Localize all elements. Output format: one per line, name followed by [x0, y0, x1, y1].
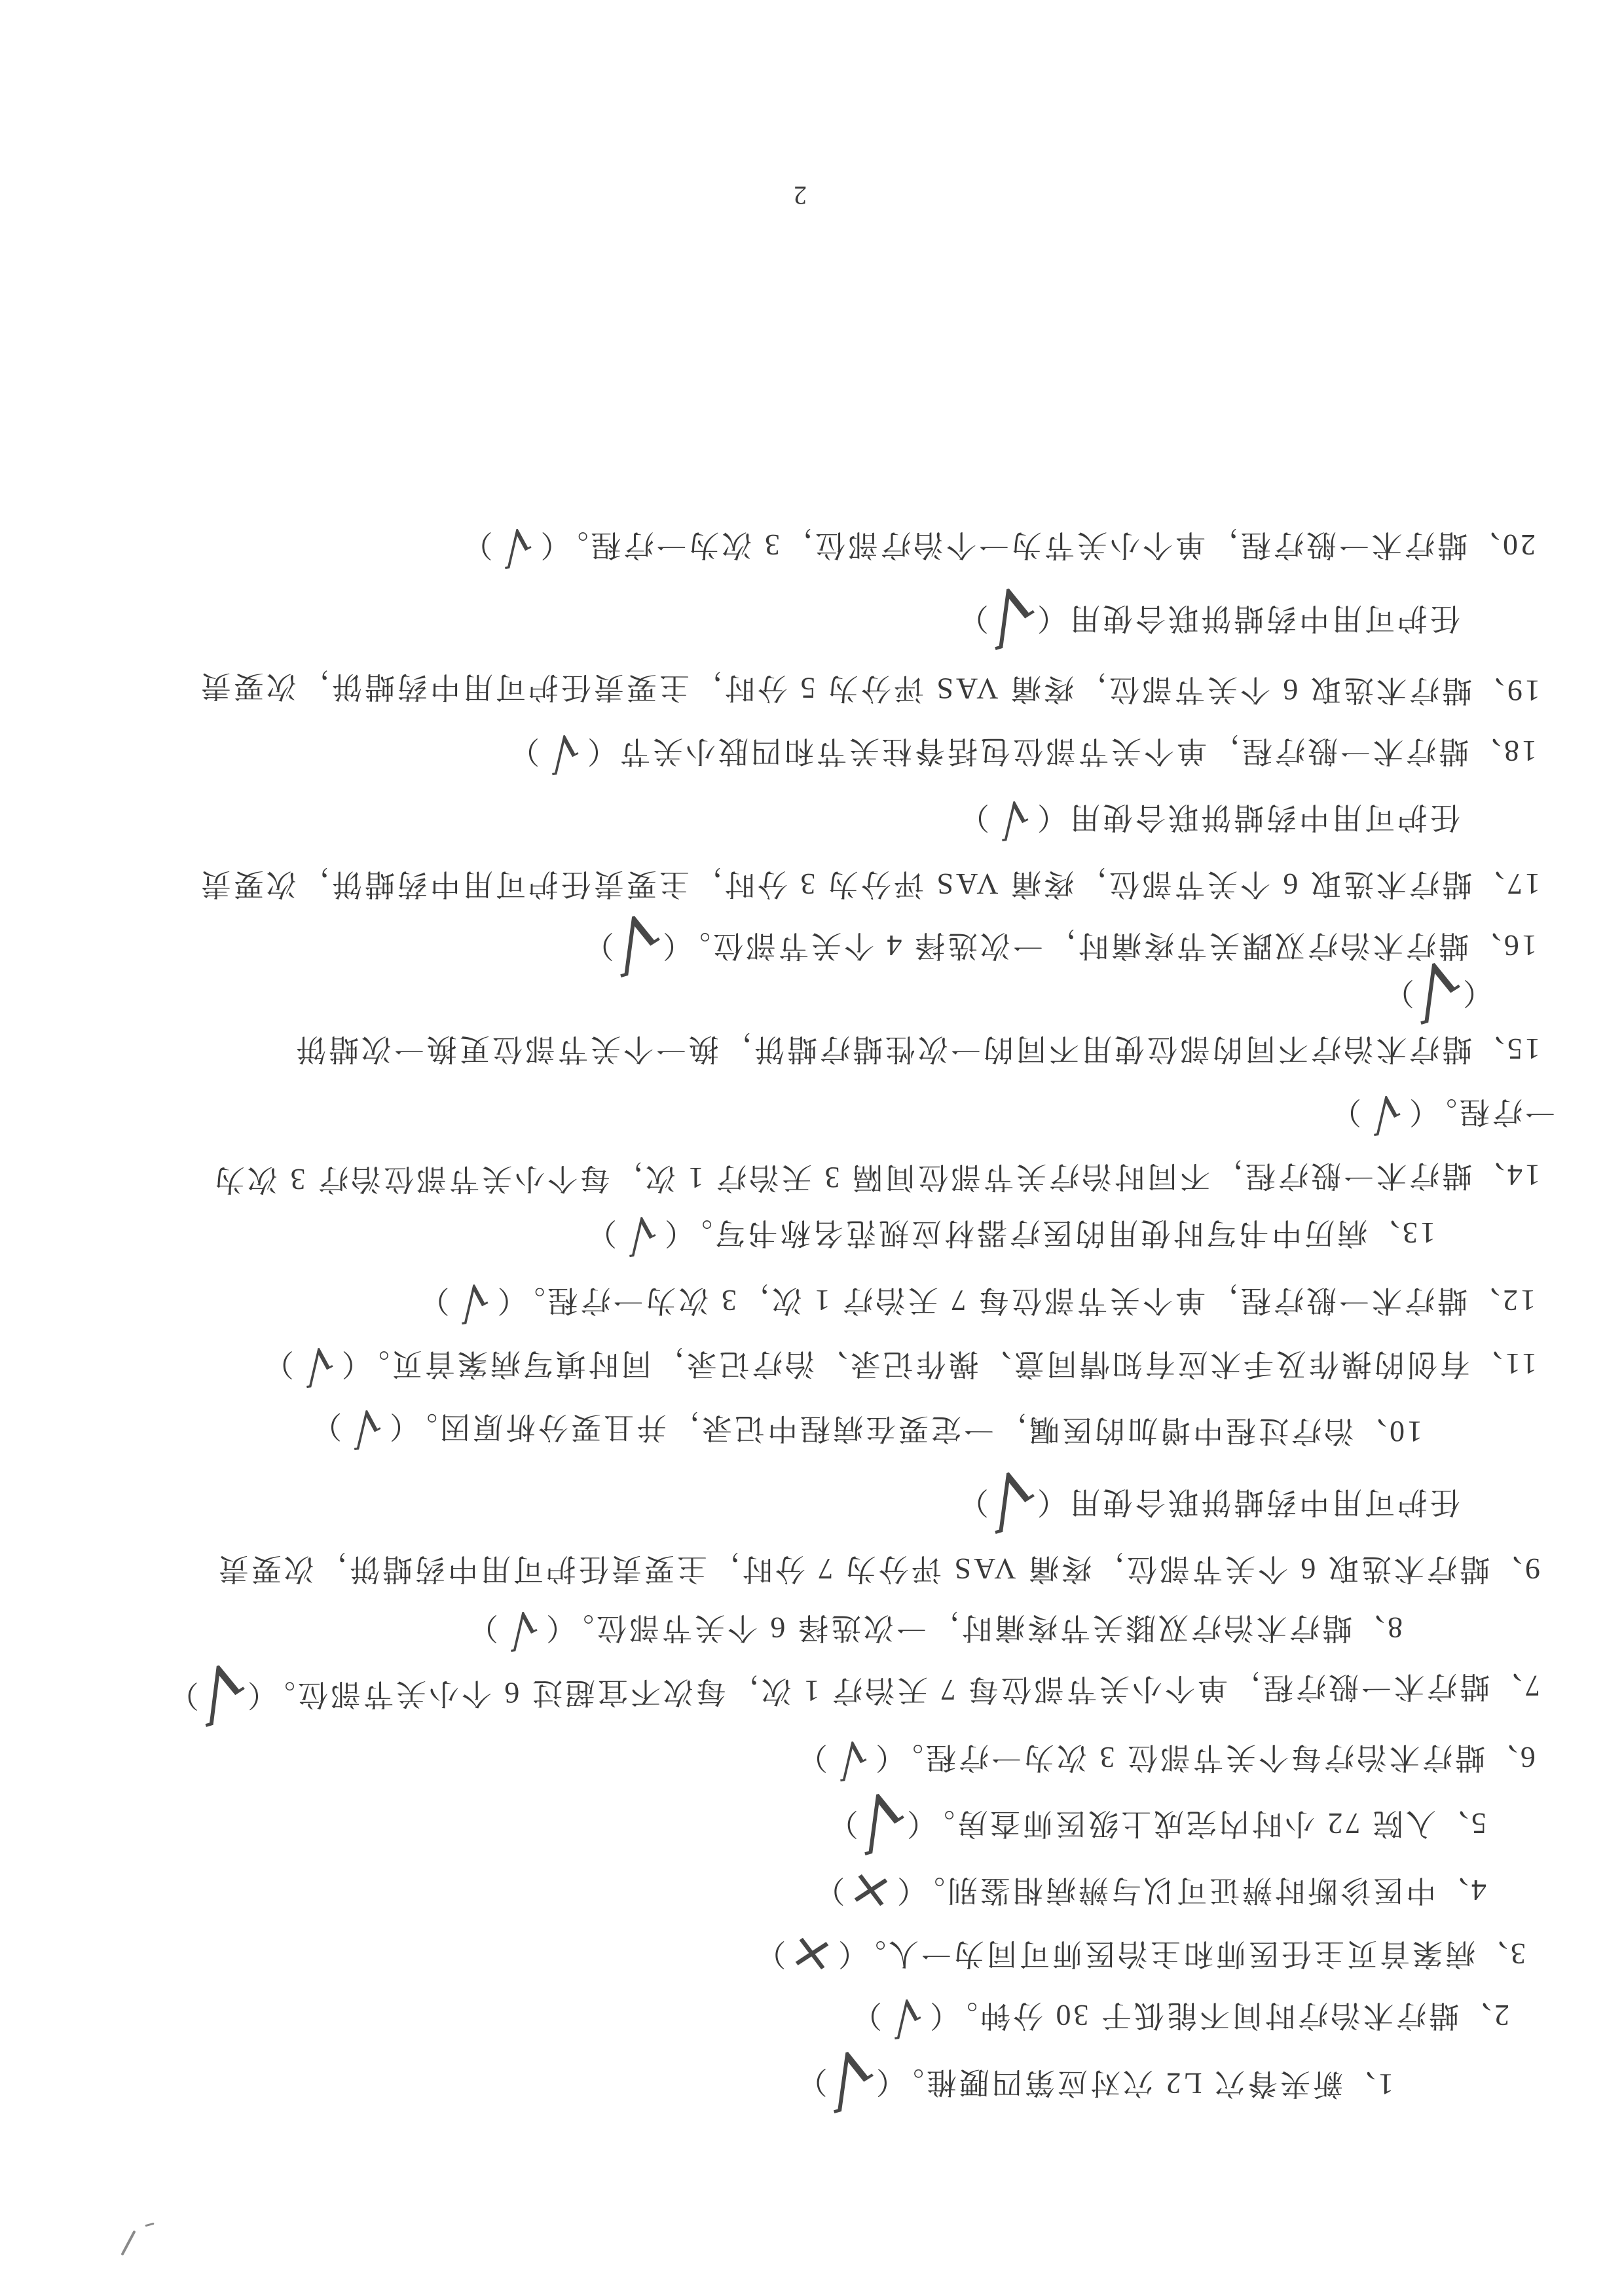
- answer-mark-check: √: [831, 1734, 870, 1783]
- item-13: 13、病历中书写时使用的医疗器材应规范名称书写。（√）: [584, 1214, 1435, 1255]
- line-text: ）: [584, 1216, 617, 1250]
- item-16: 16、蜡疗术治疗双踝关节疼痛时，一次选择 4 个关节部位。（√）: [581, 926, 1537, 968]
- item-10: 10、治疗过程中增加的医嘱，一定要在病程中记录，并且要分析原因。（√）: [309, 1407, 1422, 1454]
- line-text: 18、蜡疗术一般疗程，单个关节部位包括脊柱关节和四肢小关节（: [585, 735, 1537, 768]
- item-15-continuation: （√）: [1382, 974, 1493, 1015]
- item-6: 6、蜡疗术治疗每个关节部位 3 次为一疗程。（√）: [795, 1738, 1536, 1779]
- line-text: 一疗程。（: [1407, 1095, 1555, 1129]
- answer-mark-check: √: [812, 2038, 883, 2115]
- answer-mark-check: √: [973, 1459, 1044, 1536]
- line-text: ）: [1329, 1095, 1361, 1129]
- line-text: 14、蜡疗术一般疗程，不同时治疗关节部位间隔 3 天治疗 1 次，每个小关节部位…: [212, 1158, 1540, 1196]
- line-text: ）: [753, 1937, 786, 1971]
- line-text: ）: [849, 1999, 882, 2032]
- answer-mark-check: √: [885, 1992, 925, 2041]
- item-18: 18、蜡疗术一般疗程，单个关节部位包括脊柱关节和四肢小关节（√）: [507, 732, 1537, 773]
- answer-mark-check: √: [453, 1277, 492, 1326]
- line-text: 19、蜡疗术选取 6 个关节部位，疼痛 VAS 评分为 5 分时，主要责任护可用…: [198, 669, 1540, 707]
- item-4: 4、中医诊断时辨证可以与辨病相鉴别。（×）: [812, 1871, 1486, 1910]
- line-text: 2、蜡疗术治疗时间不能低于 30 分钟。（: [927, 1999, 1509, 2032]
- item-9: 9、蜡疗术选取 6 个关节部位，疼痛 VAS 评分为 7 分时，主要责任护可用中…: [216, 1550, 1540, 1588]
- line-text: 17、蜡疗术选取 6 个关节部位，疼痛 VAS 评分为 3 分时，主要责任护可用…: [198, 867, 1540, 901]
- answer-mark-check: √: [599, 902, 669, 979]
- item-19: 19、蜡疗术选取 6 个关节部位，疼痛 VAS 评分为 5 分时，主要责任护可用…: [198, 666, 1540, 709]
- line-text: ）: [417, 1284, 450, 1317]
- answer-mark-check: √: [543, 727, 582, 777]
- item-9-continuation: 任护可用中药蜡饼联合使用（√）: [956, 1483, 1460, 1524]
- line-text: 任护可用中药蜡饼联合使用（: [1035, 1485, 1460, 1519]
- answer-mark-check: √: [1365, 1088, 1404, 1138]
- line-text: 4、中医诊断时辨证可以与辨病相鉴别。（: [895, 1874, 1486, 1907]
- line-text: 15、蜡疗术治疗不同的部位使用不同的一次性蜡疗蜡饼，换一个关节部位更换一次蜡饼: [293, 1032, 1540, 1066]
- line-text: 20、蜡疗术一般疗程，单个小关节为一个治疗部位，3 次为一疗程。（: [538, 528, 1536, 562]
- answer-mark-check: √: [297, 1340, 337, 1390]
- line-text: 6、蜡疗术治疗每个关节部位 3 次为一疗程。（: [873, 1741, 1536, 1774]
- answer-mark-cross: ×: [781, 1923, 838, 1986]
- line-text: 16、蜡疗术治疗双踝关节疼痛时，一次选择 4 个关节部位。（: [660, 929, 1537, 962]
- line-text: 任护可用中药蜡饼联合使用（: [1035, 801, 1460, 834]
- line-text: ）: [957, 801, 989, 834]
- scanned-document-page: 2 1、新夹脊穴 L2 穴对应第四腰椎。（√）2、蜡疗术治疗时间不能低于 30 …: [0, 0, 1624, 2296]
- line-text: 11、有创的操作及手术应有知情同意、操作记录、治疗记录，同时填写病案首页。（: [339, 1347, 1537, 1381]
- line-text: 1、新夹脊穴 L2 穴对应第四腰椎。（: [874, 2065, 1393, 2101]
- line-text: ）: [812, 1874, 845, 1907]
- answer-mark-check: √: [496, 521, 536, 571]
- line-text: 13、病历中书写时使用的医疗器材应规范名称书写。（: [662, 1216, 1435, 1250]
- answer-mark-cross: ×: [840, 1859, 897, 1922]
- item-3: 3、病案首页主任医师和主治医师可同为一人。（×）: [753, 1935, 1526, 1974]
- item-14-continuation: 一疗程。（√）: [1329, 1093, 1555, 1134]
- page-number: 2: [794, 180, 807, 211]
- line-text: 12、蜡疗术一般疗程，单个关节部位每 7 天治疗 1 次，3 次为一疗程。（: [495, 1284, 1536, 1317]
- answer-mark-check: √: [183, 1651, 255, 1728]
- line-text: 5、入院 72 小时内完成上级医师查房。（: [904, 1807, 1486, 1840]
- item-17: 17、蜡疗术选取 6 个关节部位，疼痛 VAS 评分为 3 分时，主要责任护可用…: [198, 865, 1540, 903]
- answer-mark-check: √: [620, 1209, 659, 1259]
- line-text: ）: [466, 1611, 498, 1645]
- item-19-continuation: 任护可用中药蜡饼联合使用（√）: [956, 599, 1460, 640]
- item-2: 2、蜡疗术治疗时间不能低于 30 分钟。（√）: [849, 1996, 1509, 2037]
- item-1: 1、新夹脊穴 L2 穴对应第四腰椎。（√）: [794, 2062, 1393, 2107]
- item-20: 20、蜡疗术一般疗程，单个小关节为一个治疗部位，3 次为一疗程。（√）: [460, 526, 1536, 567]
- answer-mark-check: √: [973, 575, 1044, 652]
- line-text: 10、治疗过程中增加的医嘱，一定要在病程中记录，并且要分析原因。（: [387, 1410, 1422, 1448]
- line-text: ）: [795, 1741, 828, 1774]
- item-12: 12、蜡疗术一般疗程，单个关节部位每 7 天治疗 1 次，3 次为一疗程。（√）: [417, 1281, 1536, 1322]
- answer-mark-check: √: [843, 1780, 913, 1857]
- line-text: ）: [507, 735, 540, 768]
- item-11: 11、有创的操作及手术应有知情同意、操作记录、治疗记录，同时填写病案首页。（√）: [261, 1345, 1537, 1386]
- item-15: 15、蜡疗术治疗不同的部位使用不同的一次性蜡疗蜡饼，换一个关节部位更换一次蜡饼: [293, 1030, 1540, 1068]
- line-text: 8、蜡疗术治疗双膝关节疼痛时，一次选择 6 个关节部位。（: [544, 1611, 1403, 1645]
- answer-mark-check: √: [502, 1604, 541, 1654]
- item-14: 14、蜡疗术一般疗程，不同时治疗关节部位间隔 3 天治疗 1 次，每个小关节部位…: [212, 1156, 1540, 1198]
- page-content-rotated-180: 2 1、新夹脊穴 L2 穴对应第四腰椎。（√）2、蜡疗术治疗时间不能低于 30 …: [0, 0, 1624, 2296]
- answer-mark-check: √: [345, 1402, 384, 1452]
- line-text: 3、病案首页主任医师和主治医师可同为一人。（: [836, 1937, 1526, 1971]
- line-text: ）: [261, 1347, 294, 1381]
- line-text: 9、蜡疗术选取 6 个关节部位，疼痛 VAS 评分为 7 分时，主要责任护可用中…: [216, 1552, 1540, 1586]
- item-8: 8、蜡疗术治疗双膝关节疼痛时，一次选择 6 个关节部位。（√）: [466, 1609, 1403, 1650]
- line-text: 任护可用中药蜡饼联合使用（: [1035, 602, 1460, 635]
- item-7: 7、蜡疗术一般疗程，单个小关节部位每 7 天治疗 1 次，每次不宜超过 6 个小…: [166, 1667, 1541, 1718]
- scan-artifact-mark: [120, 2231, 136, 2256]
- scan-artifact-mark: [145, 2223, 154, 2227]
- line-text: 7、蜡疗术一般疗程，单个小关节部位每 7 天治疗 1 次，每次不宜超过 6 个小…: [245, 1669, 1540, 1712]
- item-5: 5、入院 72 小时内完成上级医师查房。（√）: [826, 1804, 1486, 1846]
- answer-mark-check: √: [993, 793, 1032, 843]
- line-text: ）: [460, 528, 493, 562]
- item-17-continuation: 任护可用中药蜡饼联合使用（√）: [957, 798, 1460, 839]
- line-text: ）: [309, 1410, 342, 1443]
